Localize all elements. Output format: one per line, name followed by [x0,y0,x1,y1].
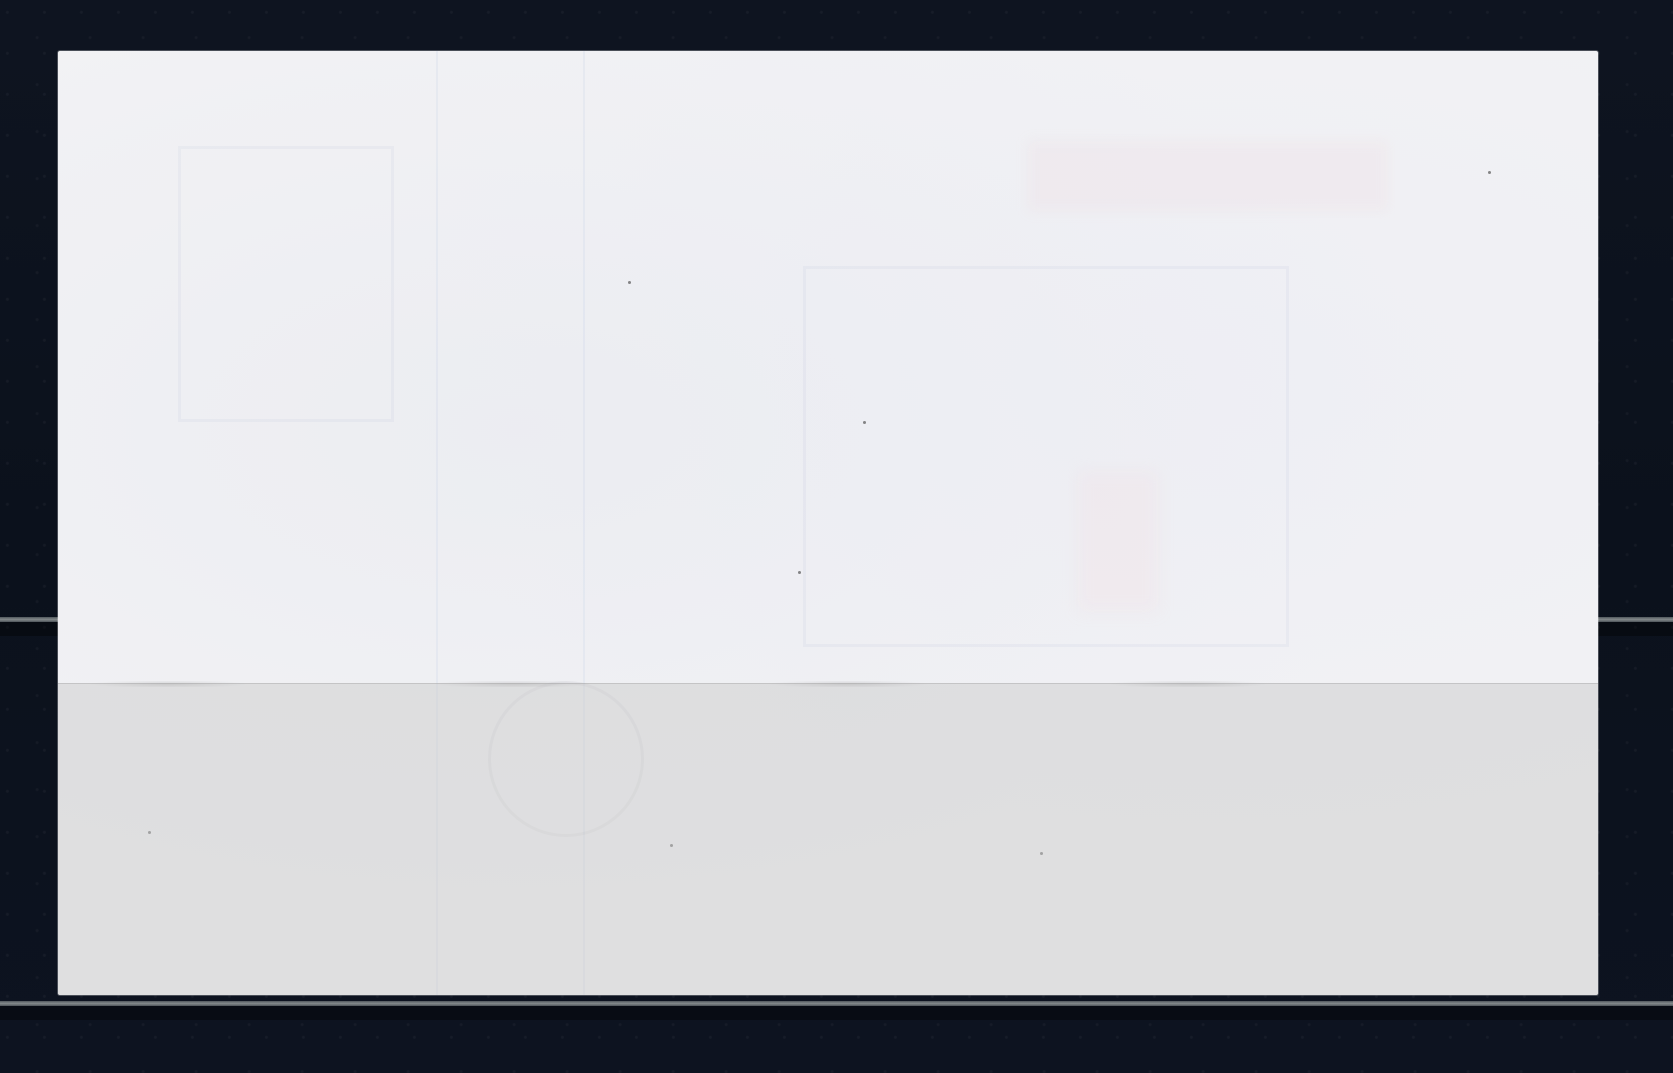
stamp-sheet-back [58,51,1598,995]
paper-speck [863,421,866,424]
paper-speck [1488,171,1491,174]
show-through-pink-figure [1078,471,1158,611]
paper-speck [798,571,801,574]
stock-strip-shadow-lower [0,1006,1673,1020]
show-through-title-tint [1028,141,1388,211]
translucent-mount-strip [58,683,1598,995]
paper-speck [628,281,631,284]
show-through-left-stamp-frame [178,146,394,422]
show-through-right-stamp-frame [803,266,1289,647]
